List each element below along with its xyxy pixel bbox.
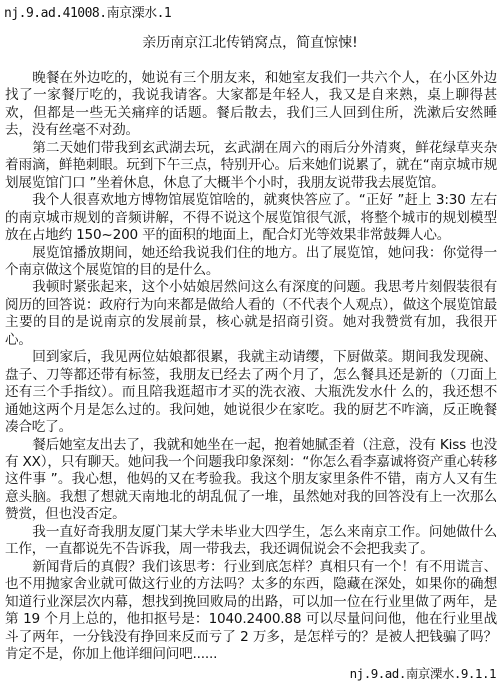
- paragraph-dinner: 晚餐在外边吃的，她说有三个朋友来，和她室友我们一共六个人，在小区外边找了一家餐厅…: [5, 70, 497, 140]
- paragraph-exhibition: 我个人很喜欢地方博物馆展览馆啥的，就爽快答应了。“正好 ”赶上 3:30 左右的…: [5, 192, 497, 244]
- paragraph-xuanwu-lake: 第二天她们带我到玄武湖去玩，玄武湖在周六的雨后分外清爽，鲜花绿草夹杂着雨滴，鲜艳…: [5, 140, 497, 192]
- article-title: 亲历南京江北传销窝点，简直惊悚!: [0, 32, 500, 52]
- paragraph-answer: 我顿时紧张起来，这个小姑娘居然问这么有深度的问题。我思考片刻假装很有阅历的回答说…: [5, 279, 497, 349]
- article-body: 晚餐在外边吃的，她说有三个朋友来，和她室友我们一共六个人，在小区外边找了一家餐厅…: [5, 70, 497, 663]
- paragraph-question: 展览馆播放期间，她还给我说我们住的地方。出了展览馆，她问我：你觉得一个南京做这个…: [5, 245, 497, 280]
- paragraph-conversation: 餐后她室友出去了，我就和她坐在一起，抱着她腻歪着（注意，没有 Kiss 也没有 …: [5, 437, 497, 524]
- paragraph-curiosity: 我一直好奇我朋友厦门某大学未毕业大四学生，怎么来南京工作。问她做什么工作，一直都…: [5, 524, 497, 559]
- advertisement-text: 新闻背后的真假？我们该思考：行业到底怎样？真相只有一个！有不用谎言、也不用抛家舍…: [5, 559, 497, 662]
- document-id-footer: nj.9.ad.南京溧水.9.1.1: [350, 664, 496, 682]
- paragraph-cooking: 回到家后，我见两位姑娘都很累，我就主动请缨，下厨做菜。期间我发现碗、盘子、刀等都…: [5, 349, 497, 436]
- document-id-header: nj.9.ad.41008.南京溧水.1: [4, 2, 171, 21]
- paragraph-advertisement: 新闻背后的真假？我们该思考：行业到底怎样？真相只有一个！有不用谎言、也不用抛家舍…: [5, 559, 497, 664]
- document-page: nj.9.ad.41008.南京溧水.1 亲历南京江北传销窝点，简直惊悚! 晚餐…: [0, 0, 500, 688]
